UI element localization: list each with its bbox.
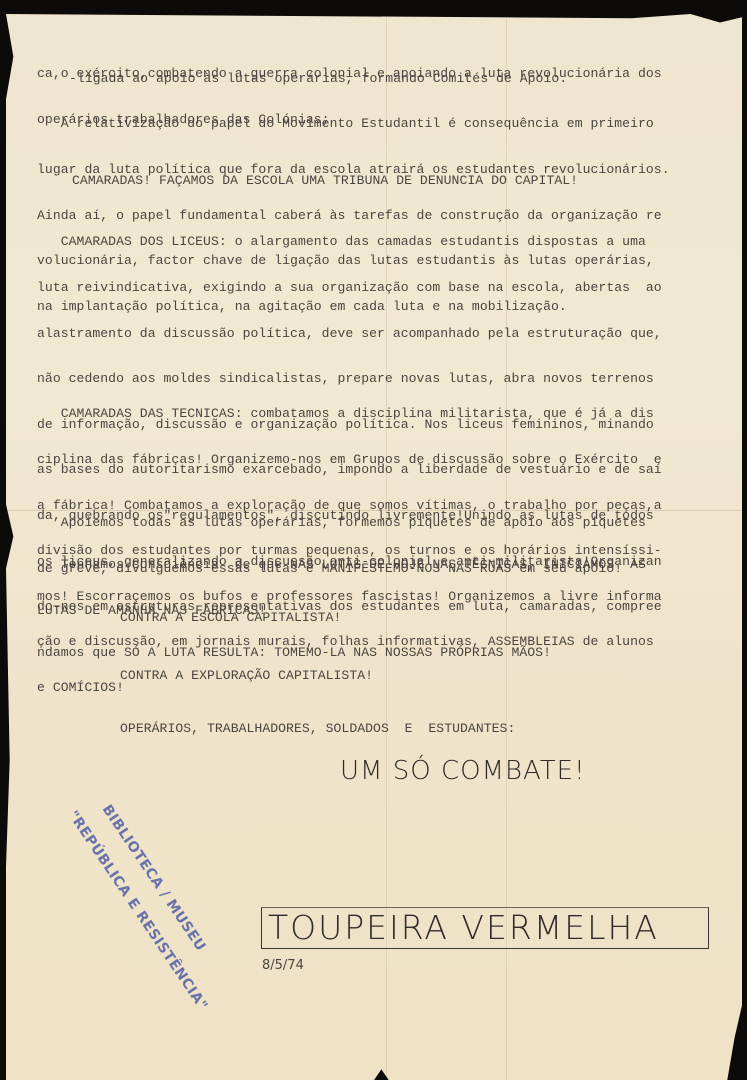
- text-line: CAMARADAS DOS LICEUS: o alargamento das …: [37, 234, 662, 249]
- slogan-operarios: OPERÁRIOS, TRABALHADORES, SOLDADOS E EST…: [120, 721, 515, 736]
- text-line: ção e discussão, em jornais murais, folh…: [37, 634, 662, 649]
- document-date: 8/5/74: [262, 958, 304, 973]
- text-line: CAMARADAS DAS TECNICAS: combatamos a dis…: [37, 406, 662, 421]
- bullet-ligada: -ligada ao apoio às lutas operárias, for…: [69, 71, 567, 86]
- masthead-title: TOUPEIRA VERMELHA: [268, 908, 659, 947]
- slogan-exploracao: CONTRA A EXPLORAÇÃO CAPITALISTA!: [120, 668, 373, 683]
- closing-slogan: UM SÓ COMBATE!: [340, 756, 586, 786]
- text-line: alastramento da discussão política, deve…: [37, 326, 662, 341]
- slogan-escola: CONTRA A ESCOLA CAPITALISTA!: [120, 610, 341, 625]
- text-line: Tenhamos consciência de que NAS LUTAS DE…: [37, 557, 646, 572]
- text-line: luta reivindicativa, exigindo a sua orga…: [37, 280, 662, 295]
- text-line: A relativização do papel do Movimento Es…: [37, 116, 670, 131]
- heading-tribuna: CAMARADAS! FAÇAMOS DA ESCOLA UMA TRIBUNA…: [72, 173, 578, 188]
- text-line: ciplina das fábricas! Organizemo-nos em …: [37, 452, 662, 467]
